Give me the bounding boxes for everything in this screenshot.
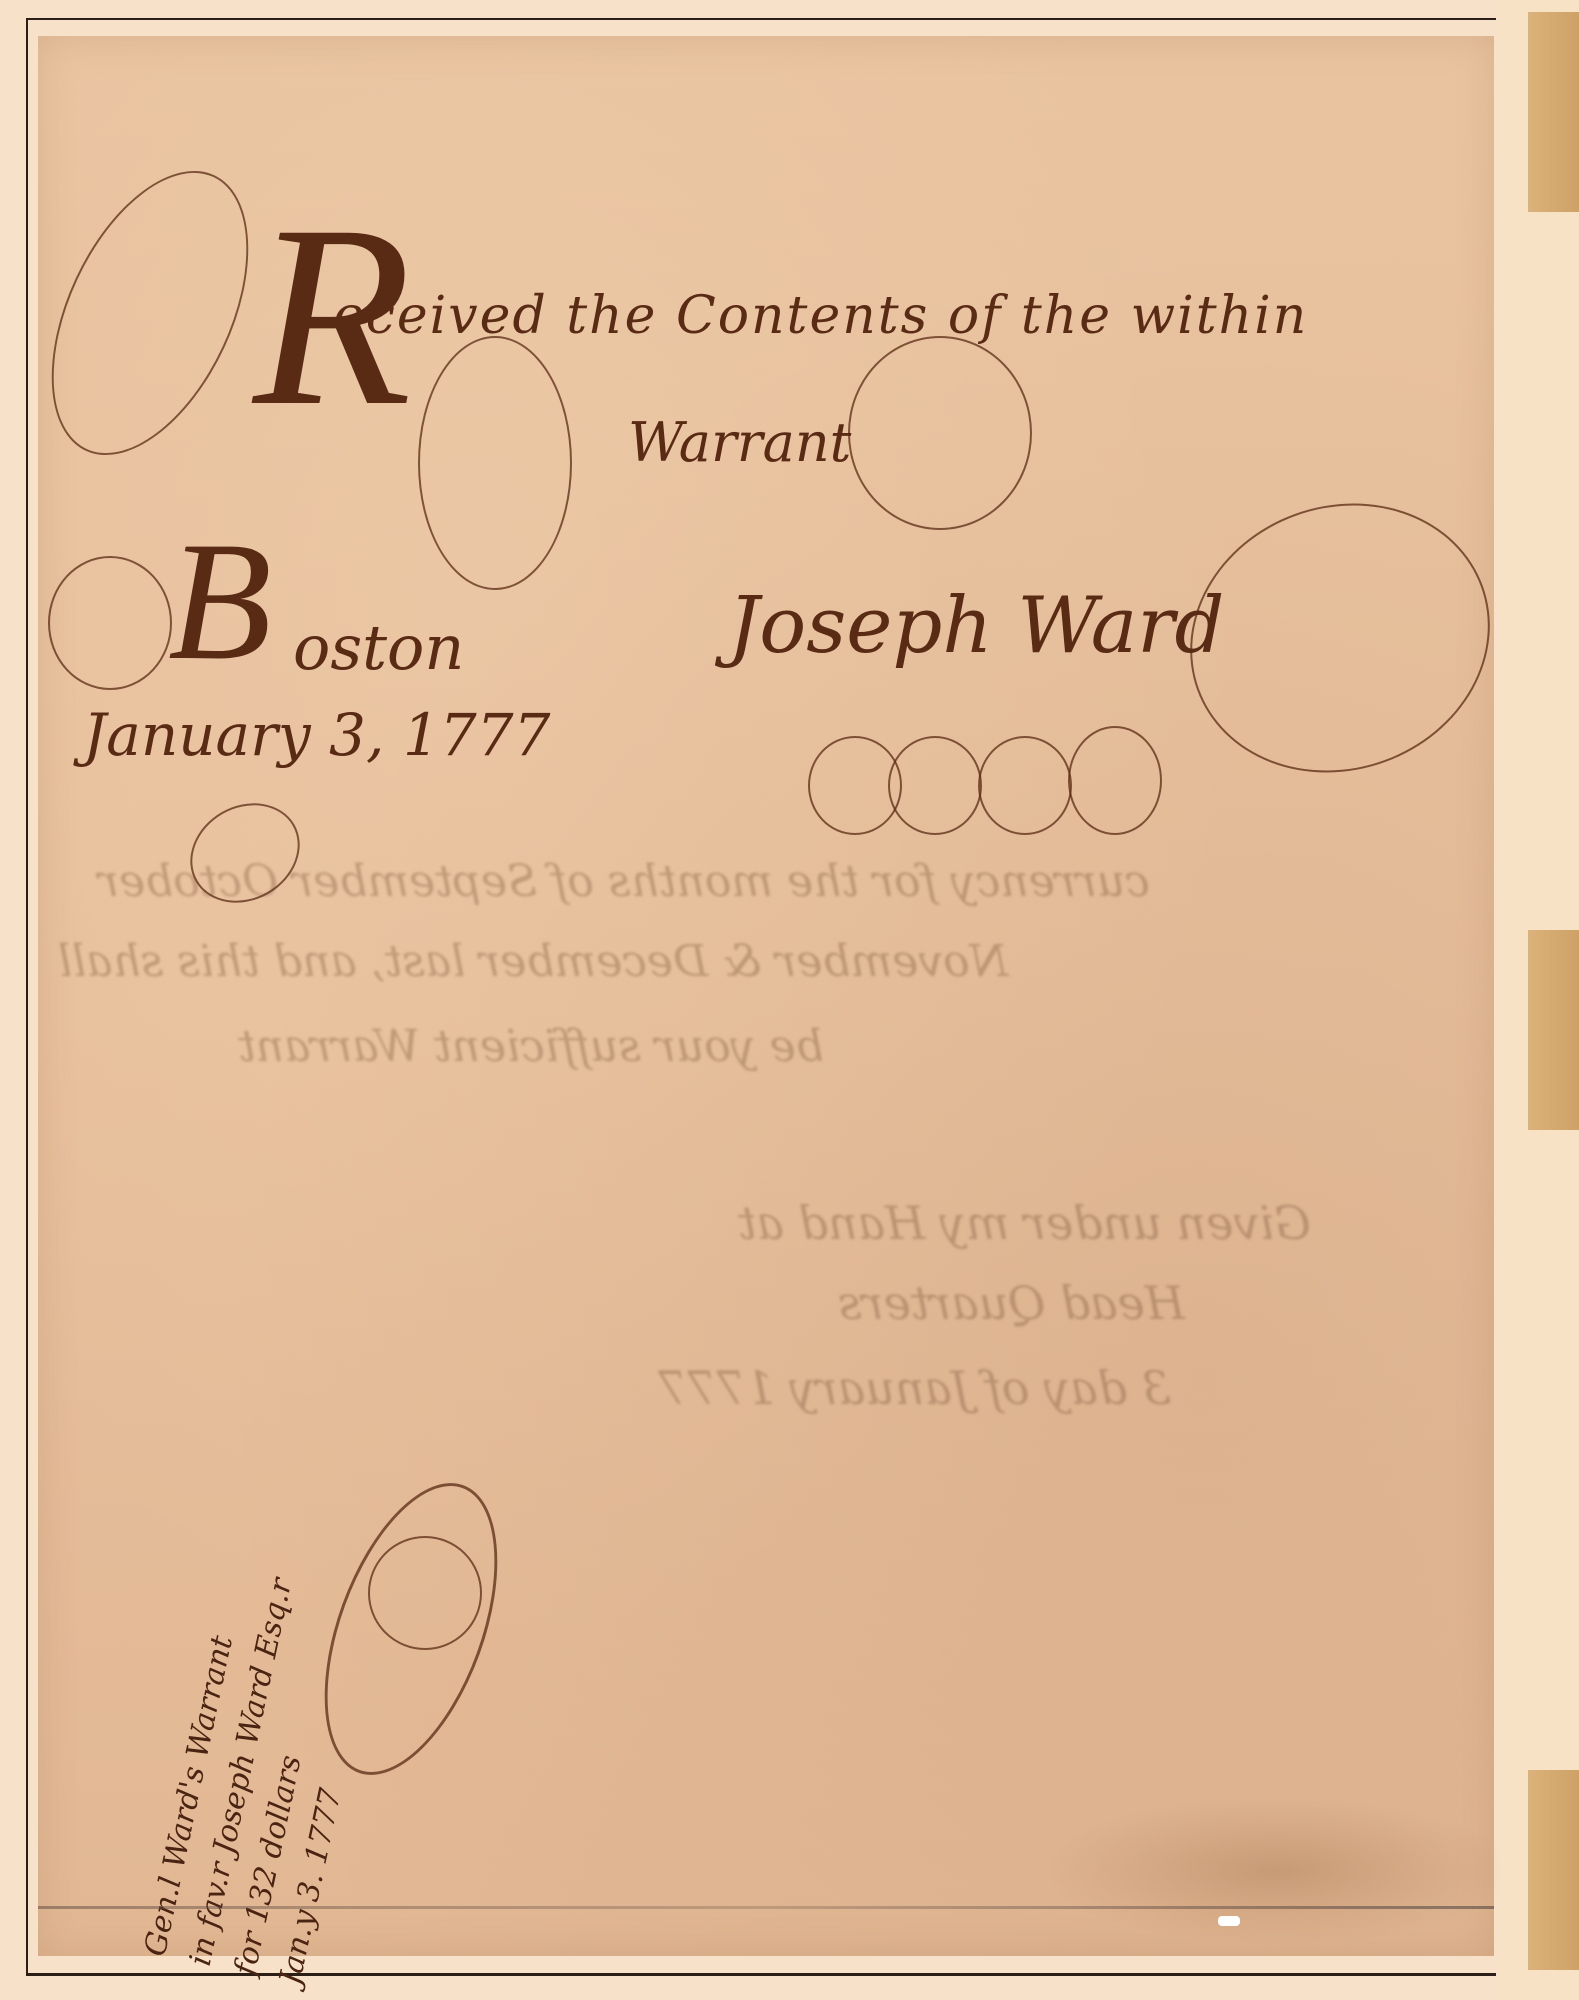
boston-initial-b: B — [168, 516, 272, 686]
bleed-through-line: 3 day of January 1777 — [658, 1361, 1171, 1415]
signature: Joseph Ward — [728, 581, 1225, 671]
flourish-loop — [11, 141, 288, 486]
place-text: oston — [293, 611, 464, 684]
bleed-through-line: November & December last, and this shall — [58, 936, 1008, 987]
flourish-loop — [848, 336, 1032, 530]
flourish-loop — [888, 736, 982, 835]
flourish-loop — [1068, 726, 1162, 835]
fold-crease — [38, 1906, 1494, 1909]
document-paper: currency for the months of September Oct… — [38, 36, 1494, 1956]
bleed-through-line: be your sufficient Warrant — [238, 1021, 824, 1072]
flourish-loop — [978, 736, 1072, 835]
warrant-word: Warrant — [628, 411, 851, 474]
flourish-loop — [418, 336, 572, 590]
hinge-tape — [1528, 1770, 1579, 1970]
paper-hole — [1218, 1916, 1240, 1926]
water-stain — [1038, 1796, 1518, 1946]
bleed-through-line: Head Quarters — [838, 1276, 1185, 1330]
hinge-tape — [1528, 12, 1579, 212]
bleed-through-line: Given under my Hand at — [738, 1196, 1311, 1250]
received-text: eceived the Contents of the within — [333, 286, 1308, 346]
docket-flourish — [368, 1536, 482, 1650]
hinge-tape — [1528, 930, 1579, 1130]
date-text: January 3, 1777 — [83, 701, 550, 769]
flourish-loop — [48, 556, 172, 690]
